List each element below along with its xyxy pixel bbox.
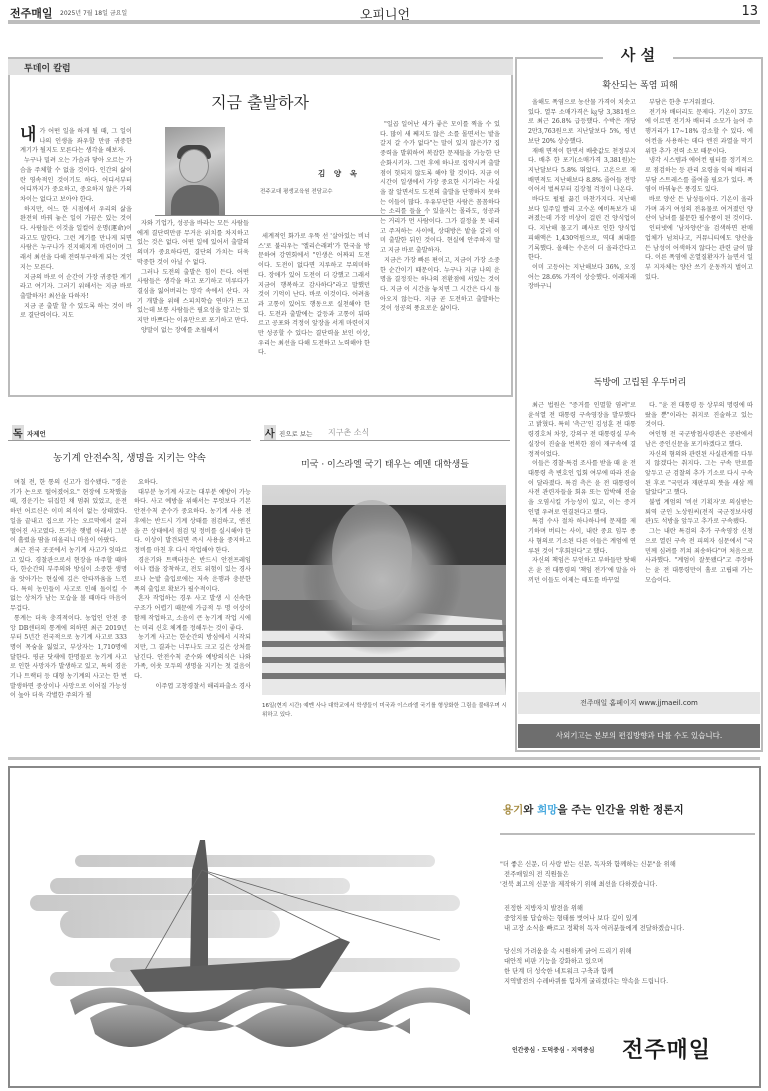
ad-paragraph-1: "더 좋은 신문, 더 사랑 받는 신문, 독자와 함께하는 신문"을 위해 전… xyxy=(500,860,760,890)
photo-news-header: 사 진으로 보는 지구촌 소식 xyxy=(260,425,510,441)
editorial-1-col-1: 올해도 폭염으로 농산물 가격이 치솟고 있다. 열무 소매가격은 ㎏당 3,3… xyxy=(528,98,636,292)
photo-news-label-gray: 지구촌 소식 xyxy=(328,427,369,438)
dropcap: 내 xyxy=(20,127,36,143)
author-name: 김 양 옥 xyxy=(318,168,360,179)
ad-tagline: 인간중심 · 도덕중심 · 지역중심 xyxy=(512,1045,594,1054)
page-number: 13 xyxy=(741,4,758,19)
editorial-label: 사 설 xyxy=(603,44,673,65)
editorial-1-title: 확산되는 폭염 피해 xyxy=(520,78,760,91)
editorial-2-title: 독방에 고립된 우두머리 xyxy=(520,375,760,388)
reader-byline: 이주엽 고창경찰서 해리파출소 경사 xyxy=(134,682,251,692)
photo-news-label-small: 진으로 보는 xyxy=(279,429,312,438)
ad-paragraph-3: 당신의 가려움을 속 시원하게 긁어 드리기 위해 대안적 비판 기능을 강화하… xyxy=(504,947,764,987)
today-column-col-2: 자와 기업가, 성공을 바라는 모든 사람들에게 결단력만큼 무거운 위치를 차… xyxy=(137,219,249,335)
header-rule xyxy=(8,20,760,24)
today-column-col-1: 내가 어떤 일을 하게 될 때, 그 일이 나의 인생을 좌우할 만큼 귀중한 … xyxy=(20,127,132,321)
reader-col-1: 며칠 전, 한 통의 신고가 접수됐다. "경운기가 논으로 떨어졌어요." 현… xyxy=(10,478,127,701)
author-photo xyxy=(165,127,225,215)
editorial-1-col-2: 부담은 한층 무거워졌다. 전기차 배터리도 문제다. 기온이 37도에 이르면… xyxy=(645,98,753,282)
reader-label-big: 독 xyxy=(12,425,24,440)
reader-contribution-header: 독 자제언 xyxy=(8,425,251,441)
ad-rule xyxy=(500,833,755,835)
author-title: 전주교대 평생교육원 전담교수 xyxy=(260,187,333,195)
protest-photo xyxy=(262,485,506,695)
ad-slogan: 용기와 희망을 주는 인간을 위한 정론지 xyxy=(503,802,684,817)
editorial-2-col-1: 최근 법원은 "증거를 인멸할 염려"로 윤석열 전 대통령 구속영장을 발부했… xyxy=(528,401,636,585)
photo-face xyxy=(179,149,209,183)
disclaimer-box: 사외기고는 본보의 편집방향과 다를 수도 있습니다. xyxy=(518,724,760,748)
today-column-title: 지금 출발하자 xyxy=(180,90,340,113)
today-column-header: 투데이 칼럼 xyxy=(8,57,513,75)
today-column-label: 투데이 칼럼 xyxy=(24,61,71,74)
photo-news-title: 미국 · 이스라엘 국기 태우는 예멘 대학생들 xyxy=(260,457,510,470)
editorial-2-col-2: 다. "윤 전 대통령 등 상부의 명령에 따랐을 뿐"이라는 취지로 진술하고… xyxy=(645,401,753,585)
today-column-col-4: "일곱 일어난 새가 좋은 모이를 찍을 수 있다. 많이 새 쩨지도 않은 소… xyxy=(380,120,500,314)
ad-paragraph-2: 진정한 지방자치 발전을 위해 중앙지를 답습하는 형태를 벗어나 보다 깊이 … xyxy=(504,904,764,934)
reader-col-2: 요하다. 대부분 농기계 사고는 대부분 예방이 가능하다. 사고 예방을 위해… xyxy=(134,478,251,691)
today-column-col-3: 세계적인 화가로 우뚝 선 '살아있는 비너스'로 불리우는 '엘리슨래퍼'가 … xyxy=(258,232,370,358)
ad-logo: 전주매일 xyxy=(622,1033,711,1064)
photo-news-caption: 16일(현지 시간) 예멘 사나 대학교에서 학생들이 미국과 이스라엘 국기를… xyxy=(262,702,507,720)
masthead-brand: 전주매일 xyxy=(10,5,53,21)
homepage-link[interactable]: 전주매일 홈페이지 www.jjmaeil.com xyxy=(518,692,760,714)
burning-flag-image xyxy=(262,485,506,695)
photo-news-label-big: 사 xyxy=(264,425,276,440)
issue-date: 2025년 7월 18일 금요일 xyxy=(60,8,127,17)
reader-contribution-title: 농기계 안전수칙, 생명을 지키는 약속 xyxy=(8,450,251,464)
ship-illustration xyxy=(20,820,480,1060)
section-divider xyxy=(8,757,760,760)
photo-suit xyxy=(171,185,219,215)
reader-label-small: 자제언 xyxy=(27,429,46,438)
pen-ship-icon xyxy=(20,820,480,1060)
